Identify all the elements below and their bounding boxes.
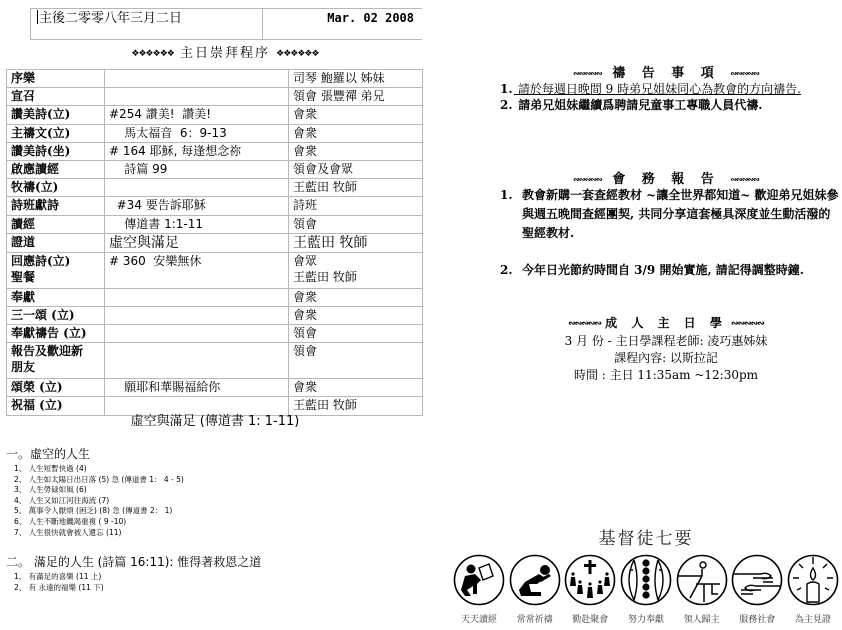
worship-item: 奉獻 — [7, 288, 105, 306]
adult-school-title: ∾∾∾∾∾ 成 人 主 日 學 ∾∾∾∾∾ — [490, 315, 842, 333]
outline-point: 5、 萬事令人厭煩 (困乏) (8) 急 (傳道書 2： 1) — [14, 506, 261, 517]
prayer-items-title: ∾∾∾∾∾ 禱 告 事 項 ∾∾∾∾∾ — [490, 62, 842, 81]
worship-row: 讚美詩(立)#254 讚美! 讚美!會衆 — [7, 106, 423, 124]
church-business-title: ∾∾∾∾∾ 會 務 報 告 ∾∾∾∾∾ — [490, 168, 842, 187]
outline-point: 7、 人生很快就會被人遺忘 (11) — [14, 528, 261, 539]
worship-content — [105, 70, 289, 88]
decoration-left: ❖❖❖❖❖❖ — [131, 49, 173, 59]
worship-content: 馬太福音 6：9-13 — [105, 124, 289, 142]
worship-leader: 領會 — [289, 325, 423, 343]
worship-row: 讚美詩(坐)# 164 耶穌, 每逢想念祢會衆 — [7, 142, 423, 160]
content-line: 課程內容: 以斯拉記 — [490, 350, 842, 367]
sermon-title: 虛空與滿足 (傳道書 1: 1-11) — [0, 410, 430, 429]
worship-content — [105, 325, 289, 343]
worship-row: 序樂司琴 鮑羅以 姊妹 — [7, 70, 423, 88]
section-heading: 一。虛空的人生 — [6, 445, 261, 462]
worship-leader: 會衆 — [289, 288, 423, 306]
worship-leader: 會衆 — [289, 306, 423, 324]
worship-content: # 360 安樂無休 — [105, 252, 289, 288]
decoration-left: ∾∾∾∾∾ — [573, 174, 602, 184]
church-business-list: 1.教會新購一套查經教材 ~讓全世界都知道~ 歡迎弟兄姐妹參與週五晚間查經團契,… — [500, 186, 842, 280]
bulletin-header: 主後二零零八年三月二日 Mar. 02 2008 — [30, 8, 422, 40]
worship-item: 序樂 — [7, 70, 105, 88]
worship-item: 三一頌 (立) — [7, 306, 105, 324]
worship-row: 奉獻會衆 — [7, 288, 423, 306]
decoration-left: ∾∾∾∾∾ — [568, 319, 601, 329]
worship-row: 牧禱(立)王藍田 牧師 — [7, 179, 423, 197]
worship-row: 主禱文(立) 馬太福音 6：9-13會衆 — [7, 124, 423, 142]
outline-point: 1、 人生短暫快過 (4) — [14, 464, 261, 475]
worship-leader: 司琴 鮑羅以 姊妹 — [289, 70, 423, 88]
outline-point: 4、 人生又如江河往海流 (7) — [14, 496, 261, 507]
seven-essentials: 天天讀經 常常祈禱 勤赴聚會 — [450, 554, 842, 625]
sermon-outline: 一。虛空的人生 1、 人生短暫快過 (4) 2、 人生如太陽日出日落 (5) 急… — [6, 445, 261, 593]
worship-row: 頌榮 (立) 願耶和華賜福給你會衆 — [7, 379, 423, 397]
outline-section-1: 一。虛空的人生 1、 人生短暫快過 (4) 2、 人生如太陽日出日落 (5) 急… — [6, 445, 261, 538]
worship-leader: 領會 — [289, 343, 423, 379]
worship-row: 宣召領會 張豐禪 弟兄 — [7, 88, 423, 106]
chinese-date-text: 主後二零零八年三月二日 — [39, 11, 182, 26]
worship-leader: 王藍田 牧師 — [289, 179, 423, 197]
decoration-right: ❖❖❖❖❖❖ — [276, 49, 318, 59]
business-title-text: 會 務 報 告 — [612, 172, 720, 187]
worship-item: 報告及歡迎新 朋友 — [7, 343, 105, 379]
order-title-text: 主日崇拜程序 — [180, 46, 270, 61]
decoration-right: ∾∾∾∾∾ — [730, 68, 759, 78]
essential-item: 領人歸主 — [675, 554, 729, 625]
worship-leader: 詩班 — [289, 197, 423, 215]
essential-label: 領人歸主 — [684, 612, 720, 625]
prayer-item: 1. 請於每週日晚間 9 時弟兄姐妹同心為教會的方向禱告. — [500, 81, 842, 97]
worship-row: 讀經 傳道書 1:1-11領會 — [7, 215, 423, 233]
essential-label: 為主見證 — [795, 612, 831, 625]
section-points: 1、 人生短暫快過 (4) 2、 人生如太陽日出日落 (5) 急 (傳道書 1：… — [6, 464, 261, 538]
worship-item: 頌榮 (立) — [7, 379, 105, 397]
outline-point: 2、 人生如太陽日出日落 (5) 急 (傳道書 1： 4 - 5) — [14, 475, 261, 486]
worship-item: 讀經 — [7, 215, 105, 233]
worship-item: 宣召 — [7, 88, 105, 106]
worship-content — [105, 88, 289, 106]
worship-content — [105, 288, 289, 306]
prayer-item: 2. 請弟兄姐妹繼續爲聘請兒童事工專職人員代禱. — [500, 97, 842, 113]
essential-item: 服務社會 — [730, 554, 784, 625]
essential-label: 努力奉獻 — [628, 612, 664, 625]
outline-point: 1、 有滿足的喜樂 (11 上) — [14, 572, 261, 583]
worship-content: 詩篇 99 — [105, 160, 289, 178]
adult-sunday-school: ∾∾∾∾∾ 成 人 主 日 學 ∾∾∾∾∾ 3 月 份 - 主日學課程老師: 凌… — [490, 315, 842, 384]
worship-content — [105, 179, 289, 197]
adult-title-text: 成 人 主 日 學 — [605, 316, 727, 330]
worship-item: 證道 — [7, 233, 105, 252]
essential-item: 為主見證 — [786, 554, 840, 625]
fish-offering-icon — [620, 554, 672, 606]
order-of-worship-title: ❖❖❖❖❖❖ 主日崇拜程序 ❖❖❖❖❖❖ — [80, 42, 370, 61]
worship-row: 證道虛空與滿足王藍田 牧師 — [7, 233, 423, 252]
decoration-left: ∾∾∾∾∾ — [573, 68, 602, 78]
seven-essentials-title: 基督徒七要 — [450, 524, 842, 549]
worship-row: 詩班獻詩 #34 要告訴耶穌詩班 — [7, 197, 423, 215]
worship-leader: 會衆 — [289, 124, 423, 142]
worship-leader: 領會及會眾 — [289, 160, 423, 178]
essential-label: 天天讀經 — [461, 612, 497, 625]
prayer-title-text: 禱 告 事 項 — [612, 66, 720, 81]
worship-item: 回應詩(立) 聖餐 — [7, 252, 105, 288]
time-line: 時間 : 主日 11:35am ~12:30pm — [490, 367, 842, 384]
worship-leader: 王藍田 牧師 — [289, 233, 423, 252]
essential-label: 勤赴聚會 — [572, 612, 608, 625]
essential-label: 服務社會 — [739, 612, 775, 625]
worship-content: #34 要告訴耶穌 — [105, 197, 289, 215]
order-of-worship-table: 序樂司琴 鮑羅以 姊妹宣召領會 張豐禪 弟兄讚美詩(立)#254 讚美! 讚美!… — [6, 69, 423, 416]
business-item: 2.今年日光節約時間自 3/9 開始實施, 請記得調整時鐘. — [500, 261, 842, 280]
essential-item: 努力奉獻 — [619, 554, 673, 625]
business-item: 1.教會新購一套查經教材 ~讓全世界都知道~ 歡迎弟兄姐妹參與週五晚間查經團契,… — [500, 186, 842, 243]
candle-light-icon — [787, 554, 839, 606]
worship-leader: 會衆 — [289, 106, 423, 124]
helping-hands-icon — [731, 554, 783, 606]
outline-point: 3、 人生勞碌如風 (6) — [14, 485, 261, 496]
essential-item: 天天讀經 — [452, 554, 506, 625]
section-heading: 二。 滿足的人生 (詩篇 16:11): 惟得著救恩之道 — [6, 553, 261, 570]
worship-row: 奉獻禱告 (立)領會 — [7, 325, 423, 343]
worship-leader: 會衆 — [289, 379, 423, 397]
essential-label: 常常祈禱 — [517, 612, 553, 625]
worship-leader: 會眾 王藍田 牧師 — [289, 252, 423, 288]
outline-point: 6、 人生不斷地饑渴重複 ( 9 -10) — [14, 517, 261, 528]
worship-content: 願耶和華賜福給你 — [105, 379, 289, 397]
worship-row: 三一頌 (立)會衆 — [7, 306, 423, 324]
reading-bible-icon — [453, 554, 505, 606]
essential-item: 常常祈禱 — [508, 554, 562, 625]
worship-item: 主禱文(立) — [7, 124, 105, 142]
leading-people-icon — [676, 554, 728, 606]
worship-content — [105, 343, 289, 379]
worship-row: 回應詩(立) 聖餐# 360 安樂無休會眾 王藍田 牧師 — [7, 252, 423, 288]
decoration-right: ∾∾∾∾∾ — [731, 319, 764, 329]
section-points: 1、 有滿足的喜樂 (11 上) 2、 有 永遠的福樂 (11 下) — [6, 572, 261, 593]
worship-content — [105, 306, 289, 324]
english-date: Mar. 02 2008 — [263, 9, 422, 39]
essential-item: 勤赴聚會 — [563, 554, 617, 625]
worship-item: 啟應讀經 — [7, 160, 105, 178]
worship-item: 牧禱(立) — [7, 179, 105, 197]
text-cursor — [37, 10, 38, 24]
worship-row: 報告及歡迎新 朋友領會 — [7, 343, 423, 379]
congregation-cross-icon — [564, 554, 616, 606]
kneeling-prayer-icon — [509, 554, 561, 606]
prayer-items-list: 1. 請於每週日晚間 9 時弟兄姐妹同心為教會的方向禱告. 2. 請弟兄姐妹繼續… — [500, 81, 842, 113]
worship-leader: 領會 張豐禪 弟兄 — [289, 88, 423, 106]
worship-content: #254 讚美! 讚美! — [105, 106, 289, 124]
worship-content: # 164 耶穌, 每逢想念祢 — [105, 142, 289, 160]
chinese-date: 主後二零零八年三月二日 — [31, 9, 263, 39]
worship-leader: 領會 — [289, 215, 423, 233]
worship-item: 讚美詩(立) — [7, 106, 105, 124]
worship-row: 啟應讀經 詩篇 99領會及會眾 — [7, 160, 423, 178]
worship-leader: 會衆 — [289, 142, 423, 160]
outline-section-2: 二。 滿足的人生 (詩篇 16:11): 惟得著救恩之道 1、 有滿足的喜樂 (… — [6, 553, 261, 593]
worship-item: 詩班獻詩 — [7, 197, 105, 215]
worship-content: 虛空與滿足 — [105, 233, 289, 252]
worship-item: 奉獻禱告 (立) — [7, 325, 105, 343]
outline-point: 2、 有 永遠的福樂 (11 下) — [14, 583, 261, 594]
decoration-right: ∾∾∾∾∾ — [730, 174, 759, 184]
worship-content: 傳道書 1:1-11 — [105, 215, 289, 233]
teacher-line: 3 月 份 - 主日學課程老師: 凌巧惠姊妹 — [490, 333, 842, 350]
worship-item: 讚美詩(坐) — [7, 142, 105, 160]
